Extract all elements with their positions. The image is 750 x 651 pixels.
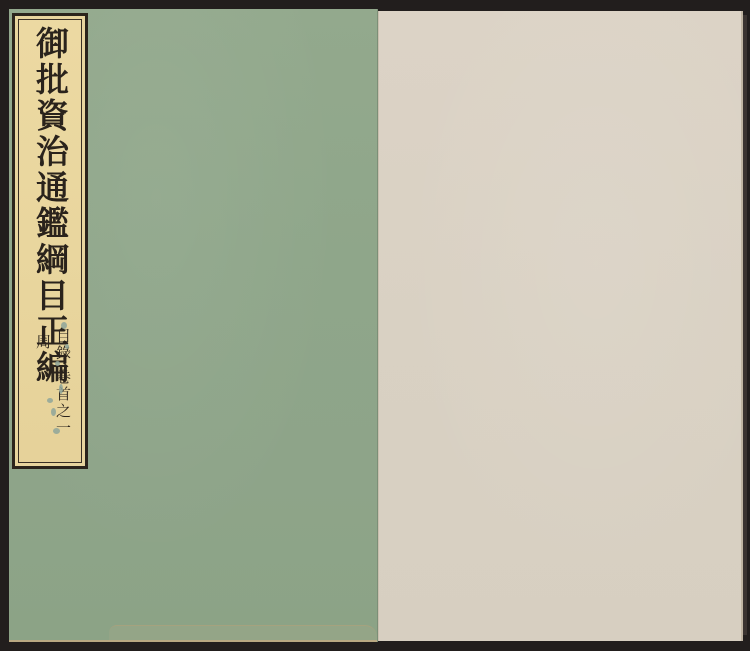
water-stain [109,625,377,640]
wormhole-spot [47,398,53,403]
wormhole-spot [53,428,60,434]
wormhole-spot [51,408,56,416]
volume-subtitle: 目錄 卷首之一 [53,328,74,437]
page-edge [743,15,747,635]
title-label: 御批資治通鑑綱目正編 目錄 卷首之一 周 [12,13,88,469]
wormhole-spot [65,344,69,349]
facing-endpaper [378,11,743,641]
book-scan: 御批資治通鑑綱目正編 目錄 卷首之一 周 [0,0,750,651]
wormhole-spot [55,361,60,366]
dynasty-subtitle: 周 [33,334,54,349]
wormhole-spot [61,322,67,329]
wormhole-spot [59,384,63,394]
book-cover: 御批資治通鑑綱目正編 目錄 卷首之一 周 [9,9,378,642]
